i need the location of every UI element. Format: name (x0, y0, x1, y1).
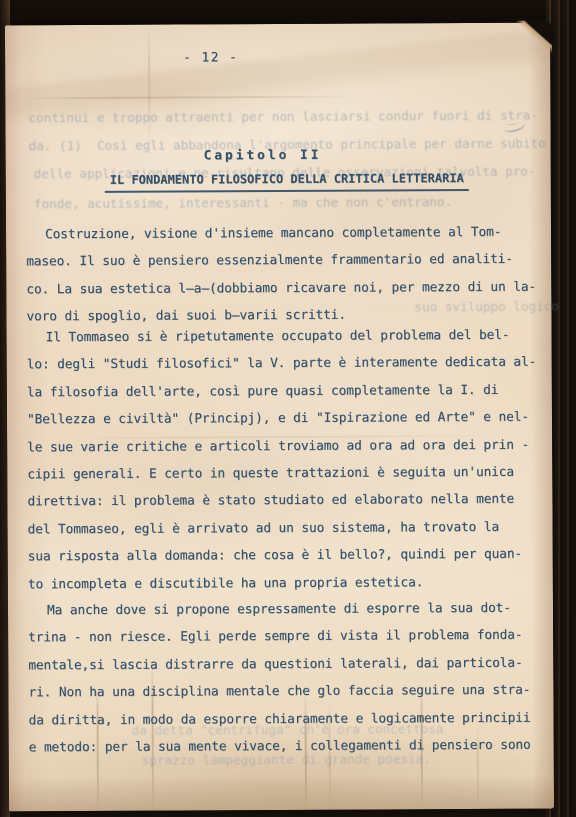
page-number: - 12 - (183, 50, 238, 65)
page-corner-fold (516, 21, 552, 61)
ghost-text-line: fonde, acutissime, interessanti - ma che… (34, 195, 452, 212)
text-line: la filosofia dell'arte, così pure quasi … (27, 376, 547, 406)
paper-crease (148, 25, 151, 145)
paragraph: Ma anche dove si propone espressamente d… (28, 595, 549, 762)
paragraph: Costruzione, visione d'insieme mancano c… (26, 219, 547, 331)
text-line: Ma anche dove si propone espressamente d… (28, 595, 548, 625)
text-line: le sue varie critiche e articoli troviam… (27, 431, 547, 461)
paragraph: Il Tommaseo si è ripetutamente occupato … (27, 322, 548, 599)
text-line: mentale,si lascia distrarre da questioni… (28, 649, 548, 679)
text-line: e metodo: per la sua mente vivace, i col… (29, 732, 549, 762)
text-line: cipii generali. E certo in queste tratta… (27, 459, 547, 489)
typescript-page: continui e troppo attraenti per non lasc… (5, 23, 554, 812)
text-line: trina - non riesce. Egli perde sempre di… (28, 622, 548, 652)
text-line: sua risposta alla domanda: che cosa è il… (28, 541, 548, 571)
text-line: to incompleta e discutibile ha una propr… (28, 568, 548, 598)
photo-of-typescript-page: continui e troppo attraenti per non lasc… (0, 0, 576, 817)
text-line: co. La sua estetica l̶a̶(dobbiamo ricava… (26, 273, 546, 303)
text-line: ri. Non ha una disciplina mentale che gl… (28, 677, 548, 707)
text-line: del Tommaseo, egli è arrivato ad un suo … (28, 513, 548, 543)
chapter-title: IL FONDAMENTO FILOSOFICO DELLA CRITICA L… (105, 171, 469, 193)
text-line: Costruzione, visione d'insieme mancano c… (26, 219, 546, 249)
pencil-mark (502, 118, 526, 135)
text-line: lo: degli "Studi filosofici" la V. parte… (27, 349, 547, 379)
text-line: maseo. Il suo è pensiero essenzialmente … (26, 246, 546, 276)
text-line: Il Tommaseo si è ripetutamente occupato … (27, 322, 547, 352)
text-line: da diritta, in modo da esporre chiaramen… (29, 704, 549, 734)
paper-crease (15, 96, 355, 100)
text-line: direttiva: il problema è stato studiato … (27, 486, 547, 516)
ghost-text-line: continui e troppo attraenti per non lasc… (28, 109, 538, 127)
chapter-heading: Capitolo II (204, 148, 322, 164)
text-line: "Bellezza e civiltà" (Principj), e di "I… (27, 404, 547, 434)
